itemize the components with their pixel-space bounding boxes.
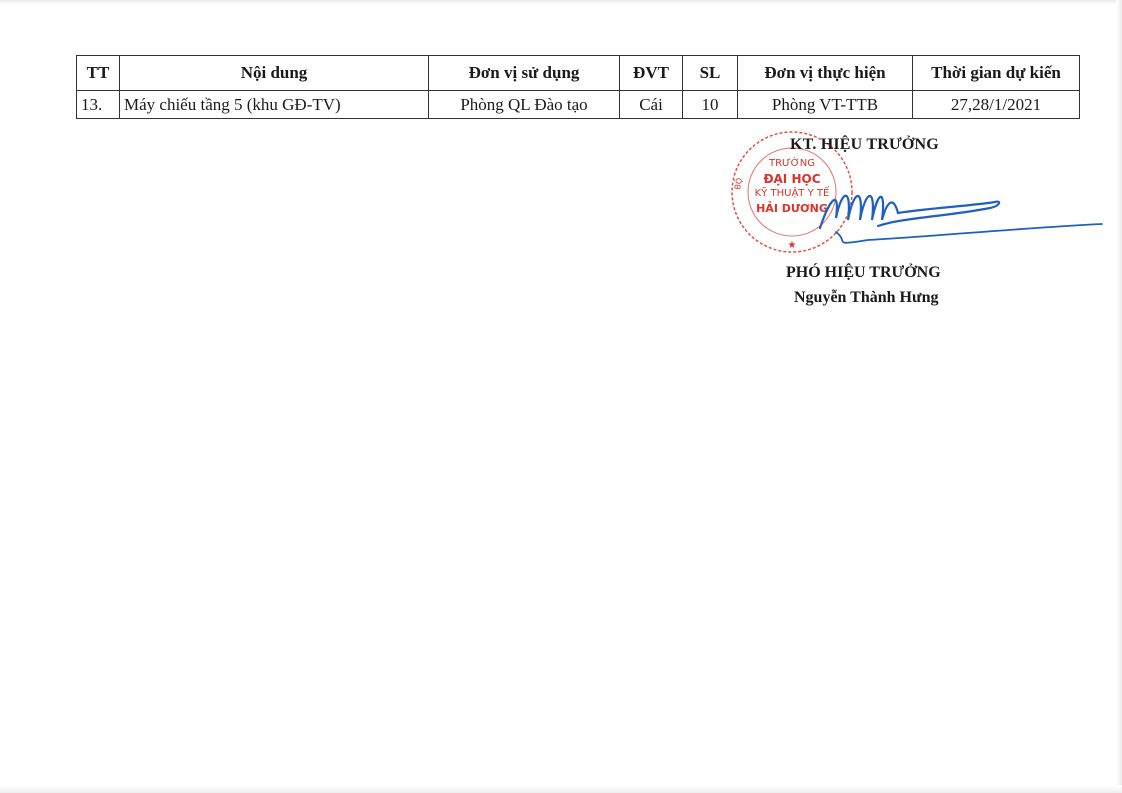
- header-tt: TT: [77, 56, 120, 91]
- header-content: Nội dung: [120, 56, 429, 91]
- table-header-row: TT Nội dung Đơn vị sử dụng ĐVT SL Đơn vị…: [77, 56, 1080, 91]
- header-expected-time: Thời gian dự kiến: [913, 56, 1080, 91]
- header-quantity: SL: [683, 56, 738, 91]
- signer-name: Nguyễn Thành Hưng: [794, 289, 938, 307]
- scan-right-edge: [1116, 0, 1122, 793]
- cell-executing-unit: Phòng VT-TTB: [738, 91, 913, 119]
- scan-bottom-edge: [0, 785, 1122, 793]
- handwritten-signature-icon: [790, 158, 1110, 248]
- table-row: 13. Máy chiếu tầng 5 (khu GĐ-TV) Phòng Q…: [77, 91, 1080, 119]
- equipment-plan-table: TT Nội dung Đơn vị sử dụng ĐVT SL Đơn vị…: [76, 55, 1080, 119]
- signature-on-behalf: KT. HIỆU TRƯỞNG: [790, 136, 939, 154]
- scan-top-edge: [0, 0, 1122, 4]
- header-executing-unit: Đơn vị thực hiện: [738, 56, 913, 91]
- cell-expected-time: 27,28/1/2021: [913, 91, 1080, 119]
- cell-content: Máy chiếu tầng 5 (khu GĐ-TV): [120, 91, 429, 119]
- signer-role: PHÓ HIỆU TRƯỞNG: [786, 264, 941, 282]
- header-unit-of-measure: ĐVT: [620, 56, 683, 91]
- cell-quantity: 10: [683, 91, 738, 119]
- cell-unit-of-measure: Cái: [620, 91, 683, 119]
- cell-user-unit: Phòng QL Đào tạo: [429, 91, 620, 119]
- header-user-unit: Đơn vị sử dụng: [429, 56, 620, 91]
- signature-block: ★ BỘ TRƯỜNG ĐẠI HỌC KỸ THUẬT Y TẾ HẢI DƯ…: [720, 128, 1020, 318]
- cell-tt: 13.: [77, 91, 120, 119]
